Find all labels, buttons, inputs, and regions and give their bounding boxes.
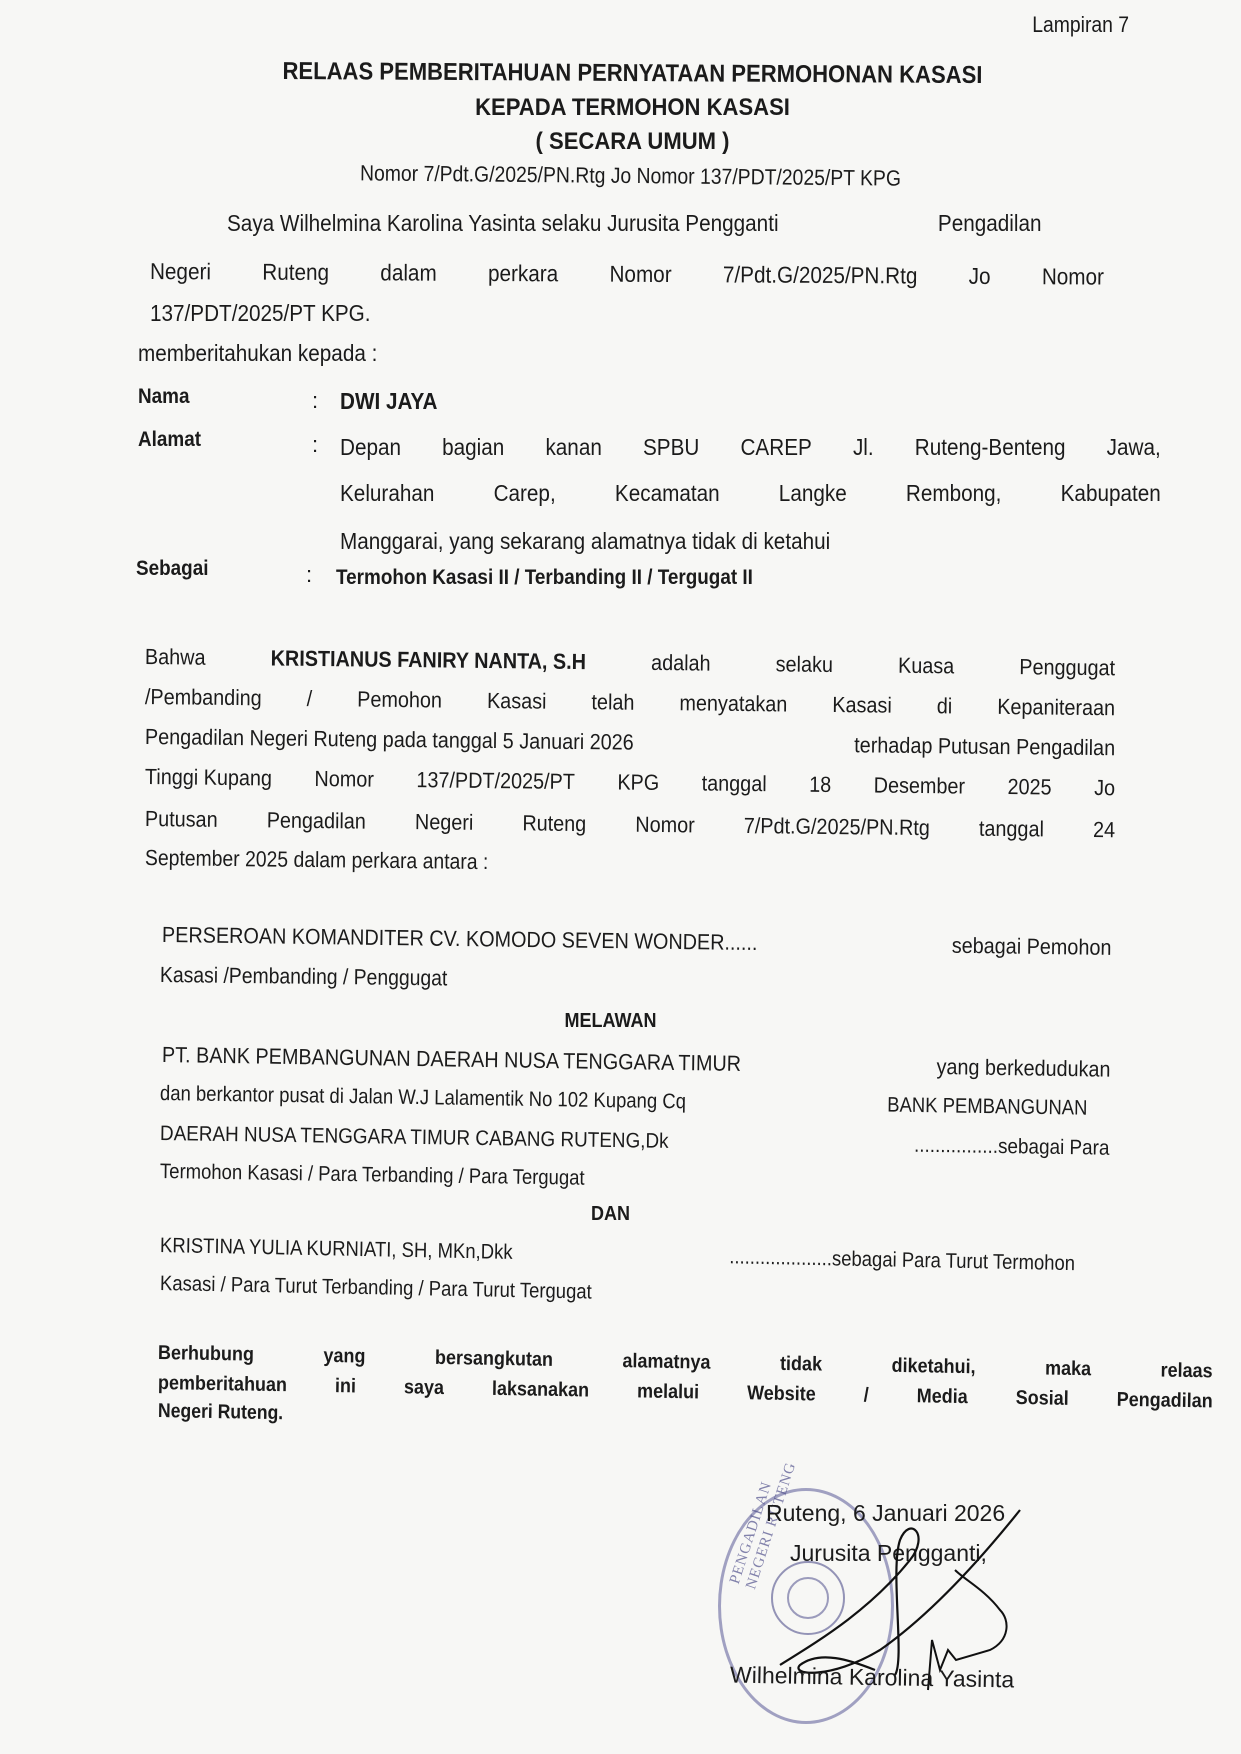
address-line-3: Manggarai, yang sekarang alamatnya tidak…: [340, 528, 830, 555]
colon: :: [312, 432, 318, 458]
body-line-1: BahwaKRISTIANUS FANIRY NANTA, S.Hadalahs…: [145, 644, 1115, 681]
body-line-3: Pengadilan Negeri Ruteng pada tanggal 5 …: [145, 724, 1115, 761]
colon: :: [306, 562, 312, 588]
pemohon-line-1: PERSEROAN KOMANDITER CV. KOMODO SEVEN WO…: [162, 922, 1112, 961]
dan-heading: DAN: [52, 1203, 1169, 1226]
recipient-name: DWI JAYA: [340, 388, 437, 415]
document-page: Lampiran 7 RELAAS PEMBERITAHUAN PERNYATA…: [0, 0, 1241, 1754]
termohon-line-1: PT. BANK PEMBANGUNAN DAERAH NUSA TENGGAR…: [162, 1042, 1111, 1083]
body-line-2: /Pembanding/PemohonKasasitelahmenyatakan…: [145, 684, 1115, 721]
nama-label: Nama: [138, 385, 189, 409]
address-line-1: DepanbagiankananSPBUCAREPJl.Ruteng-Bente…: [340, 434, 1161, 461]
turut-line-1: KRISTINA YULIA KURNIATI, SH, MKn,Dkk....…: [160, 1234, 1075, 1276]
sebagai-label: Sebagai: [136, 557, 208, 581]
document-title-line1: RELAAS PEMBERITAHUAN PERNYATAAN PERMOHON…: [74, 57, 1191, 91]
pemohon-line-2: Kasasi /Pembanding / Penggugat: [160, 962, 448, 991]
attachment-label: Lampiran 7: [1032, 12, 1129, 38]
melawan-heading: MELAWAN: [52, 1010, 1169, 1033]
address-line-2: KelurahanCarep,KecamatanLangkeRembong,Ka…: [340, 480, 1161, 507]
document-title-line3: ( SECARA UMUM ): [74, 128, 1191, 156]
intro-line-1: Saya Wilhelmina Karolina Yasinta selaku …: [227, 210, 1042, 237]
body-line-5: PutusanPengadilanNegeriRutengNomor7/Pdt.…: [145, 806, 1115, 843]
recipient-role: Termohon Kasasi II / Terbanding II / Ter…: [336, 566, 753, 590]
signatory-name: Wilhelmina Karolina Yasinta: [730, 1662, 1015, 1694]
turut-termohon-name: KRISTINA YULIA KURNIATI, SH, MKn,Dkk: [160, 1234, 513, 1265]
termohon-line-4: Termohon Kasasi / Para Terbanding / Para…: [160, 1160, 585, 1191]
termohon-name: PT. BANK PEMBANGUNAN DAERAH NUSA TENGGAR…: [162, 1042, 741, 1077]
alamat-label: Alamat: [138, 428, 201, 452]
intro-text: Saya Wilhelmina Karolina Yasinta selaku …: [227, 210, 779, 237]
termohon-line-2: dan berkantor pusat di Jalan W.J Lalamen…: [160, 1082, 1088, 1121]
attorney-name: KRISTIANUS FANIRY NANTA, S.H: [271, 645, 587, 675]
colon: :: [312, 388, 318, 414]
intro-text: Pengadilan: [938, 210, 1042, 237]
body-line-6: September 2025 dalam perkara antara :: [145, 845, 489, 875]
pemohon-name: PERSEROAN KOMANDITER CV. KOMODO SEVEN WO…: [162, 922, 758, 956]
body-line-4: Tinggi KupangNomor137/PDT/2025/PTKPGtang…: [145, 764, 1115, 801]
intro-line-4: memberitahukan kepada :: [138, 340, 377, 367]
closing-line-3: Negeri Ruteng.: [158, 1400, 283, 1425]
intro-line-2: NegeriRutengdalamperkaraNomor7/Pdt.G/202…: [150, 258, 1104, 291]
turut-line-2: Kasasi / Para Turut Terbanding / Para Tu…: [160, 1272, 592, 1305]
intro-line-3: 137/PDT/2025/PT KPG.: [150, 300, 371, 327]
termohon-line-3: DAERAH NUSA TENGGARA TIMUR CABANG RUTENG…: [160, 1122, 1110, 1161]
case-number: Nomor 7/Pdt.G/2025/PN.Rtg Jo Nomor 137/P…: [84, 158, 1176, 195]
document-title-line2: KEPADA TERMOHON KASASI: [74, 94, 1191, 122]
